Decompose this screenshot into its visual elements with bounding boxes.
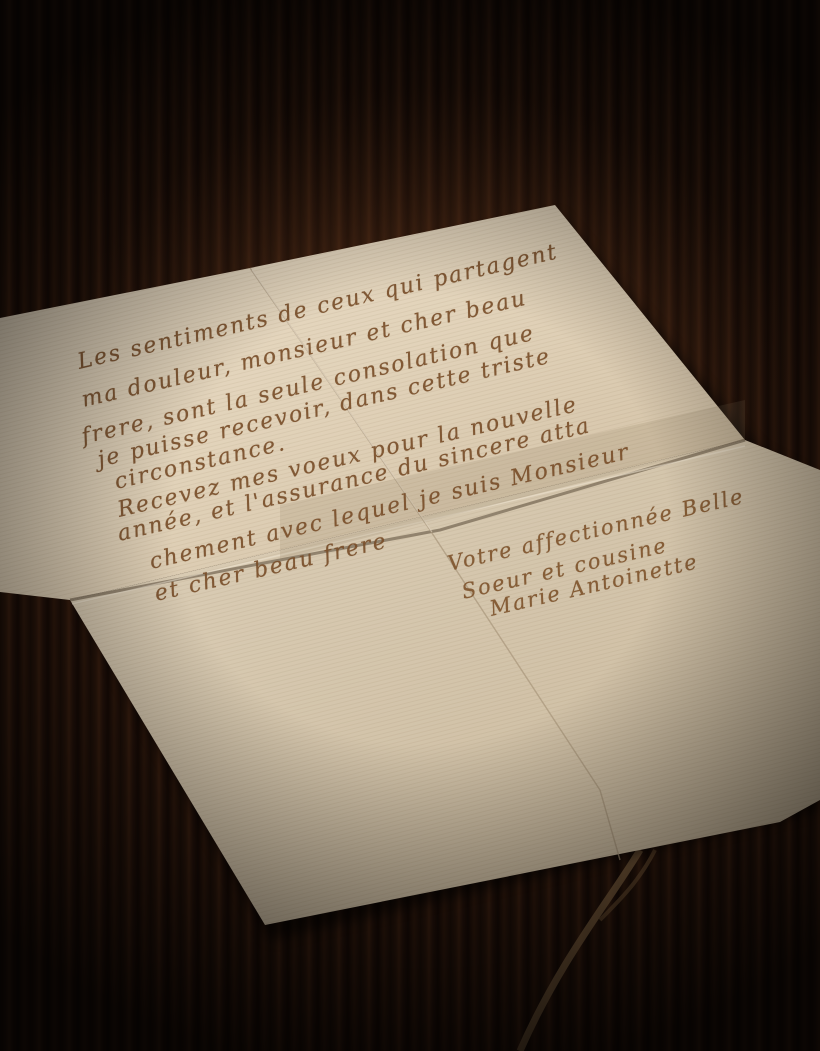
letter-paper (0, 0, 820, 1051)
photo-scene: Les sentiments de ceux qui partagent ma … (0, 0, 820, 1051)
